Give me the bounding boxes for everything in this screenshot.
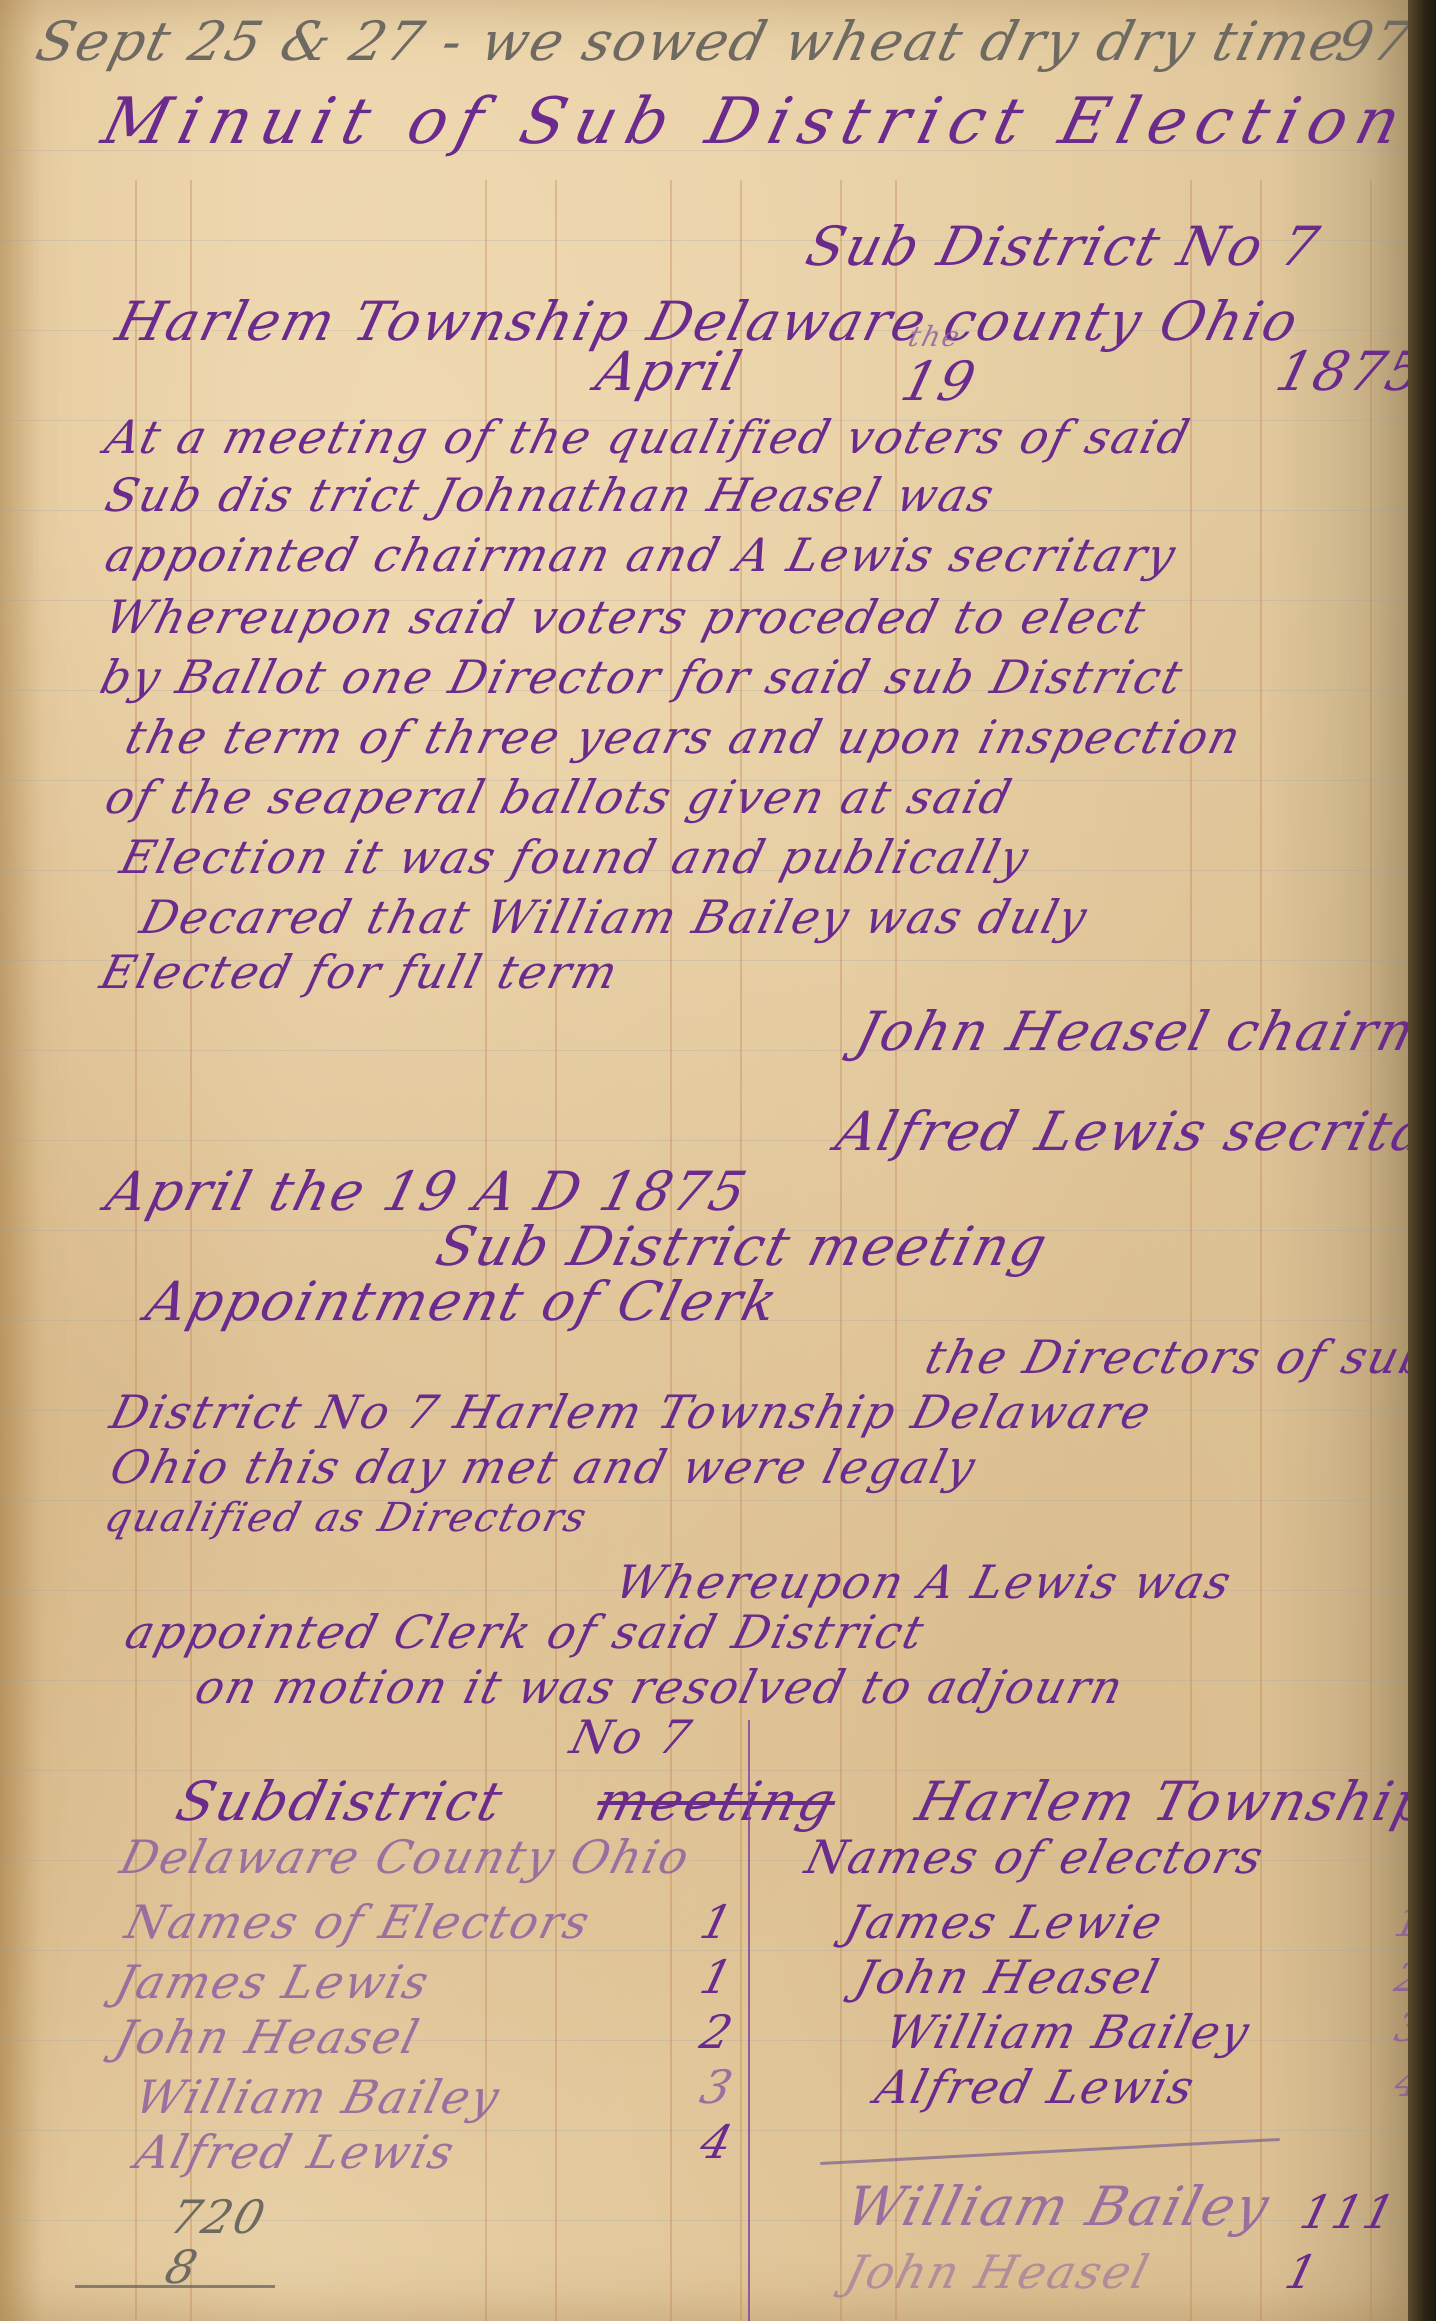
minutes-line: Election it was found and publically — [115, 830, 1035, 884]
left-number: 2 — [695, 2005, 740, 2059]
tally-underline — [820, 2138, 1280, 2165]
county-line: Delaware County Ohio — [115, 1830, 696, 1884]
left-elector-name: John Heasel — [110, 2010, 426, 2064]
minutes-line: by Ballot one Director for said sub Dist… — [95, 650, 1190, 704]
right-column-label: Names of electors — [800, 1830, 1270, 1884]
ledger-page: Sept 25 & 27 - we sowed wheat dry dry ti… — [0, 0, 1408, 2321]
entry-line: on motion it was resolved to adjourn — [190, 1660, 1130, 1714]
right-elector-name: William Bailey — [880, 2005, 1256, 2059]
column-rule — [1190, 180, 1192, 2321]
result-tally: 1 — [1280, 2245, 1325, 2299]
entry-heading: Appointment of Clerk — [140, 1270, 786, 1333]
entry-date: April the 19 A D 1875 — [100, 1160, 754, 1223]
right-elector-name: John Heasel — [850, 1950, 1166, 2004]
entry-line: the Directors of sub — [920, 1330, 1436, 1384]
tally-heading-struck: meeting — [590, 1770, 843, 1833]
header-note: Sept 25 & 27 - we sowed wheat dry dry ti… — [30, 10, 1352, 73]
page-title: Minuit of Sub District Election — [95, 85, 1418, 159]
page-number: 97 — [1330, 10, 1418, 73]
secretary-signature: Alfred Lewis secritary — [830, 1100, 1436, 1163]
minutes-line: Whereupon said voters proceded to elect — [100, 590, 1152, 644]
date-month: April — [590, 340, 750, 403]
left-column-label: Names of Electors — [120, 1895, 597, 1949]
date-day-suffix: the — [905, 320, 965, 353]
right-elector-name: James Lewie — [840, 1895, 1169, 1949]
pencil-underline — [75, 2285, 275, 2288]
minutes-line: At a meeting of the qualified voters of … — [100, 410, 1196, 464]
ruled-line — [0, 1950, 1408, 1951]
minutes-line: Elected for full term — [95, 945, 625, 999]
date-year: 1875 — [1270, 340, 1431, 403]
minutes-line: the term of three years and upon inspect… — [120, 710, 1248, 764]
tally-number: No 7 — [565, 1710, 698, 1764]
entry-subtitle: Sub District meeting — [430, 1215, 1055, 1278]
result-name: John Heasel — [840, 2245, 1156, 2299]
right-elector-name: Alfred Lewis — [870, 2060, 1201, 2114]
minutes-line: Sub dis trict Johnathan Heasel was — [100, 468, 1001, 522]
left-number: 1 — [695, 1895, 740, 1949]
left-elector-name: James Lewis — [110, 1955, 436, 2009]
column-rule — [1370, 180, 1372, 2321]
left-number: 4 — [695, 2115, 740, 2169]
book-binding — [1408, 0, 1436, 2321]
date-day: 19 — [895, 350, 983, 413]
minutes-line: appointed chairman and A Lewis secritary — [100, 528, 1183, 582]
pencil-figure: 720 — [165, 2190, 272, 2244]
column-rule — [1260, 180, 1262, 2321]
entry-line: appointed Clerk of said District — [120, 1605, 931, 1659]
entry-line: Ohio this day met and were legaly — [105, 1440, 982, 1494]
entry-line: Whereupon A Lewis was — [610, 1555, 1238, 1609]
subdistrict-heading: Sub District No 7 — [800, 215, 1327, 278]
left-elector-name: Alfred Lewis — [130, 2125, 461, 2179]
entry-line: District No 7 Harlem Township Delaware — [105, 1385, 1158, 1439]
tally-heading-right: Harlem Township — [910, 1770, 1436, 1833]
chairman-signature: John Heasel chairman — [850, 1000, 1436, 1063]
minutes-line: of the seaperal ballots given at said — [100, 770, 1018, 824]
entry-line: qualified as Directors — [100, 1495, 593, 1541]
column-divider — [748, 1720, 750, 2321]
left-number: 3 — [695, 2060, 740, 2114]
result-name: William Bailey — [840, 2175, 1277, 2238]
left-number: 1 — [695, 1950, 740, 2004]
left-elector-name: William Bailey — [130, 2070, 506, 2124]
minutes-line: Decared that William Bailey was duly — [135, 890, 1094, 944]
tally-heading-left: Subdistrict — [170, 1770, 510, 1833]
result-tally: 111 — [1295, 2185, 1402, 2239]
